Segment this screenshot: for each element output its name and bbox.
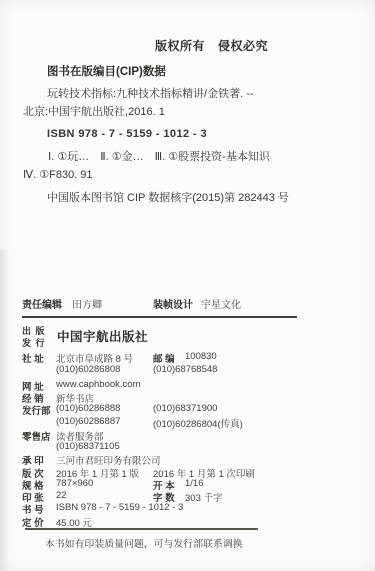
- editors-row: 责任编辑 田方卿 装帧设计 宇星文化: [22, 296, 352, 308]
- info-value: 北京市阜成路 8 号: [56, 351, 133, 365]
- info-row-retail-phone: (010)68371105: [22, 441, 362, 453]
- info-row-website: 网 址 www.caphbook.com: [22, 379, 362, 391]
- copyright-notice-part2: 侵权必究: [218, 37, 268, 54]
- info-value: 787×960: [56, 478, 93, 489]
- divider-bottom: [25, 528, 258, 530]
- info-value2: 1/16: [185, 478, 204, 489]
- info-value2: (010)68371900: [153, 403, 217, 414]
- info-row-size: 规 格 787×960 开 本 1/16: [22, 478, 362, 490]
- info-label: 定 价: [22, 515, 44, 529]
- info-value: (010)60286808: [56, 364, 120, 375]
- cover-design-name: 宇星文化: [201, 296, 241, 311]
- info-row-edition: 版 次 2016 年 1 月第 1 版 2016 年 1 月第 1 次印刷: [22, 466, 362, 478]
- responsible-editor-label: 责任编辑: [22, 296, 62, 311]
- info-value: (010)68371105: [56, 441, 120, 452]
- info-row-price: 定 价 45.00 元: [22, 515, 362, 527]
- info-value2: (010)68768548: [153, 364, 217, 375]
- info-value2: (010)60286804(传真): [153, 416, 243, 430]
- cip-description-line2: 北京:中国宇航出版社,2016. 1: [23, 106, 165, 119]
- copyright-notice: 版权所有 侵权必究: [155, 37, 268, 54]
- info-row-retail: 零售店 读者服务部: [22, 429, 362, 441]
- info-label2: 邮 编: [153, 351, 175, 365]
- info-value2: 100830: [185, 351, 217, 362]
- info-label: 承 印: [22, 453, 44, 467]
- info-row-sheets: 印 张 22 字 数 303 千字: [22, 490, 362, 502]
- cip-record-number: 中国版本图书馆 CIP 数据核字(2015)第 282443 号: [47, 192, 289, 205]
- info-value: (010)60286888: [56, 403, 120, 414]
- info-value: 22: [56, 490, 67, 501]
- copyright-page: 版权所有 侵权必究 图书在版编目(CIP)数据 玩转技术指标:九种技术指标精讲/…: [0, 0, 375, 571]
- info-value: ISBN 978 - 7 - 5159 - 1012 - 3: [56, 502, 183, 513]
- cip-isbn: ISBN 978 - 7 - 5159 - 1012 - 3: [47, 128, 207, 141]
- info-label: 发行部: [22, 403, 51, 417]
- publisher-label-line2: 发 行: [22, 336, 46, 349]
- info-row-sales-dept-phones: (010)60286887 (010)60286804(传真): [22, 416, 362, 428]
- info-row-sales-dept: 发行部 (010)60286888 (010)68371900: [22, 403, 362, 415]
- divider-top: [22, 316, 297, 318]
- responsible-editor-name: 田方卿: [72, 296, 102, 311]
- copyright-notice-part1: 版权所有: [155, 37, 205, 54]
- cip-classification-line1: Ⅰ. ①玩… Ⅱ. ①金… Ⅲ. ①股票投资-基本知识: [48, 151, 270, 164]
- cover-design-label: 装帧设计: [153, 296, 193, 311]
- publisher-name: 中国宇航出版社: [57, 327, 148, 345]
- cip-header: 图书在版编目(CIP)数据: [47, 63, 166, 79]
- info-value: (010)60286887: [56, 416, 120, 427]
- info-label: 社 址: [22, 351, 44, 365]
- info-value: 45.00 元: [56, 515, 92, 529]
- info-row-printer: 承 印 三河市君旺印务有限公司: [22, 453, 362, 465]
- cip-classification-line2: Ⅳ. ①F830. 91: [23, 169, 93, 182]
- info-label: 书 号: [22, 502, 44, 516]
- info-row-distribution: 经 销 新华书店: [22, 391, 362, 403]
- quality-exchange-note: 本书如有印装质量问题，可与发行部联系调换: [45, 536, 243, 550]
- info-value: www.caphbook.com: [56, 379, 140, 390]
- info-row-isbn: 书 号 ISBN 978 - 7 - 5159 - 1012 - 3: [22, 502, 362, 514]
- cip-description-line1: 玩转技术指标:九种技术指标精讲/金铁著. --: [47, 88, 254, 101]
- info-value: 三河市君旺印务有限公司: [56, 453, 161, 467]
- info-row-address: 社 址 北京市阜成路 8 号 邮 编 100830: [22, 351, 362, 363]
- info-row-address-phones: (010)60286808 (010)68768548: [22, 364, 362, 376]
